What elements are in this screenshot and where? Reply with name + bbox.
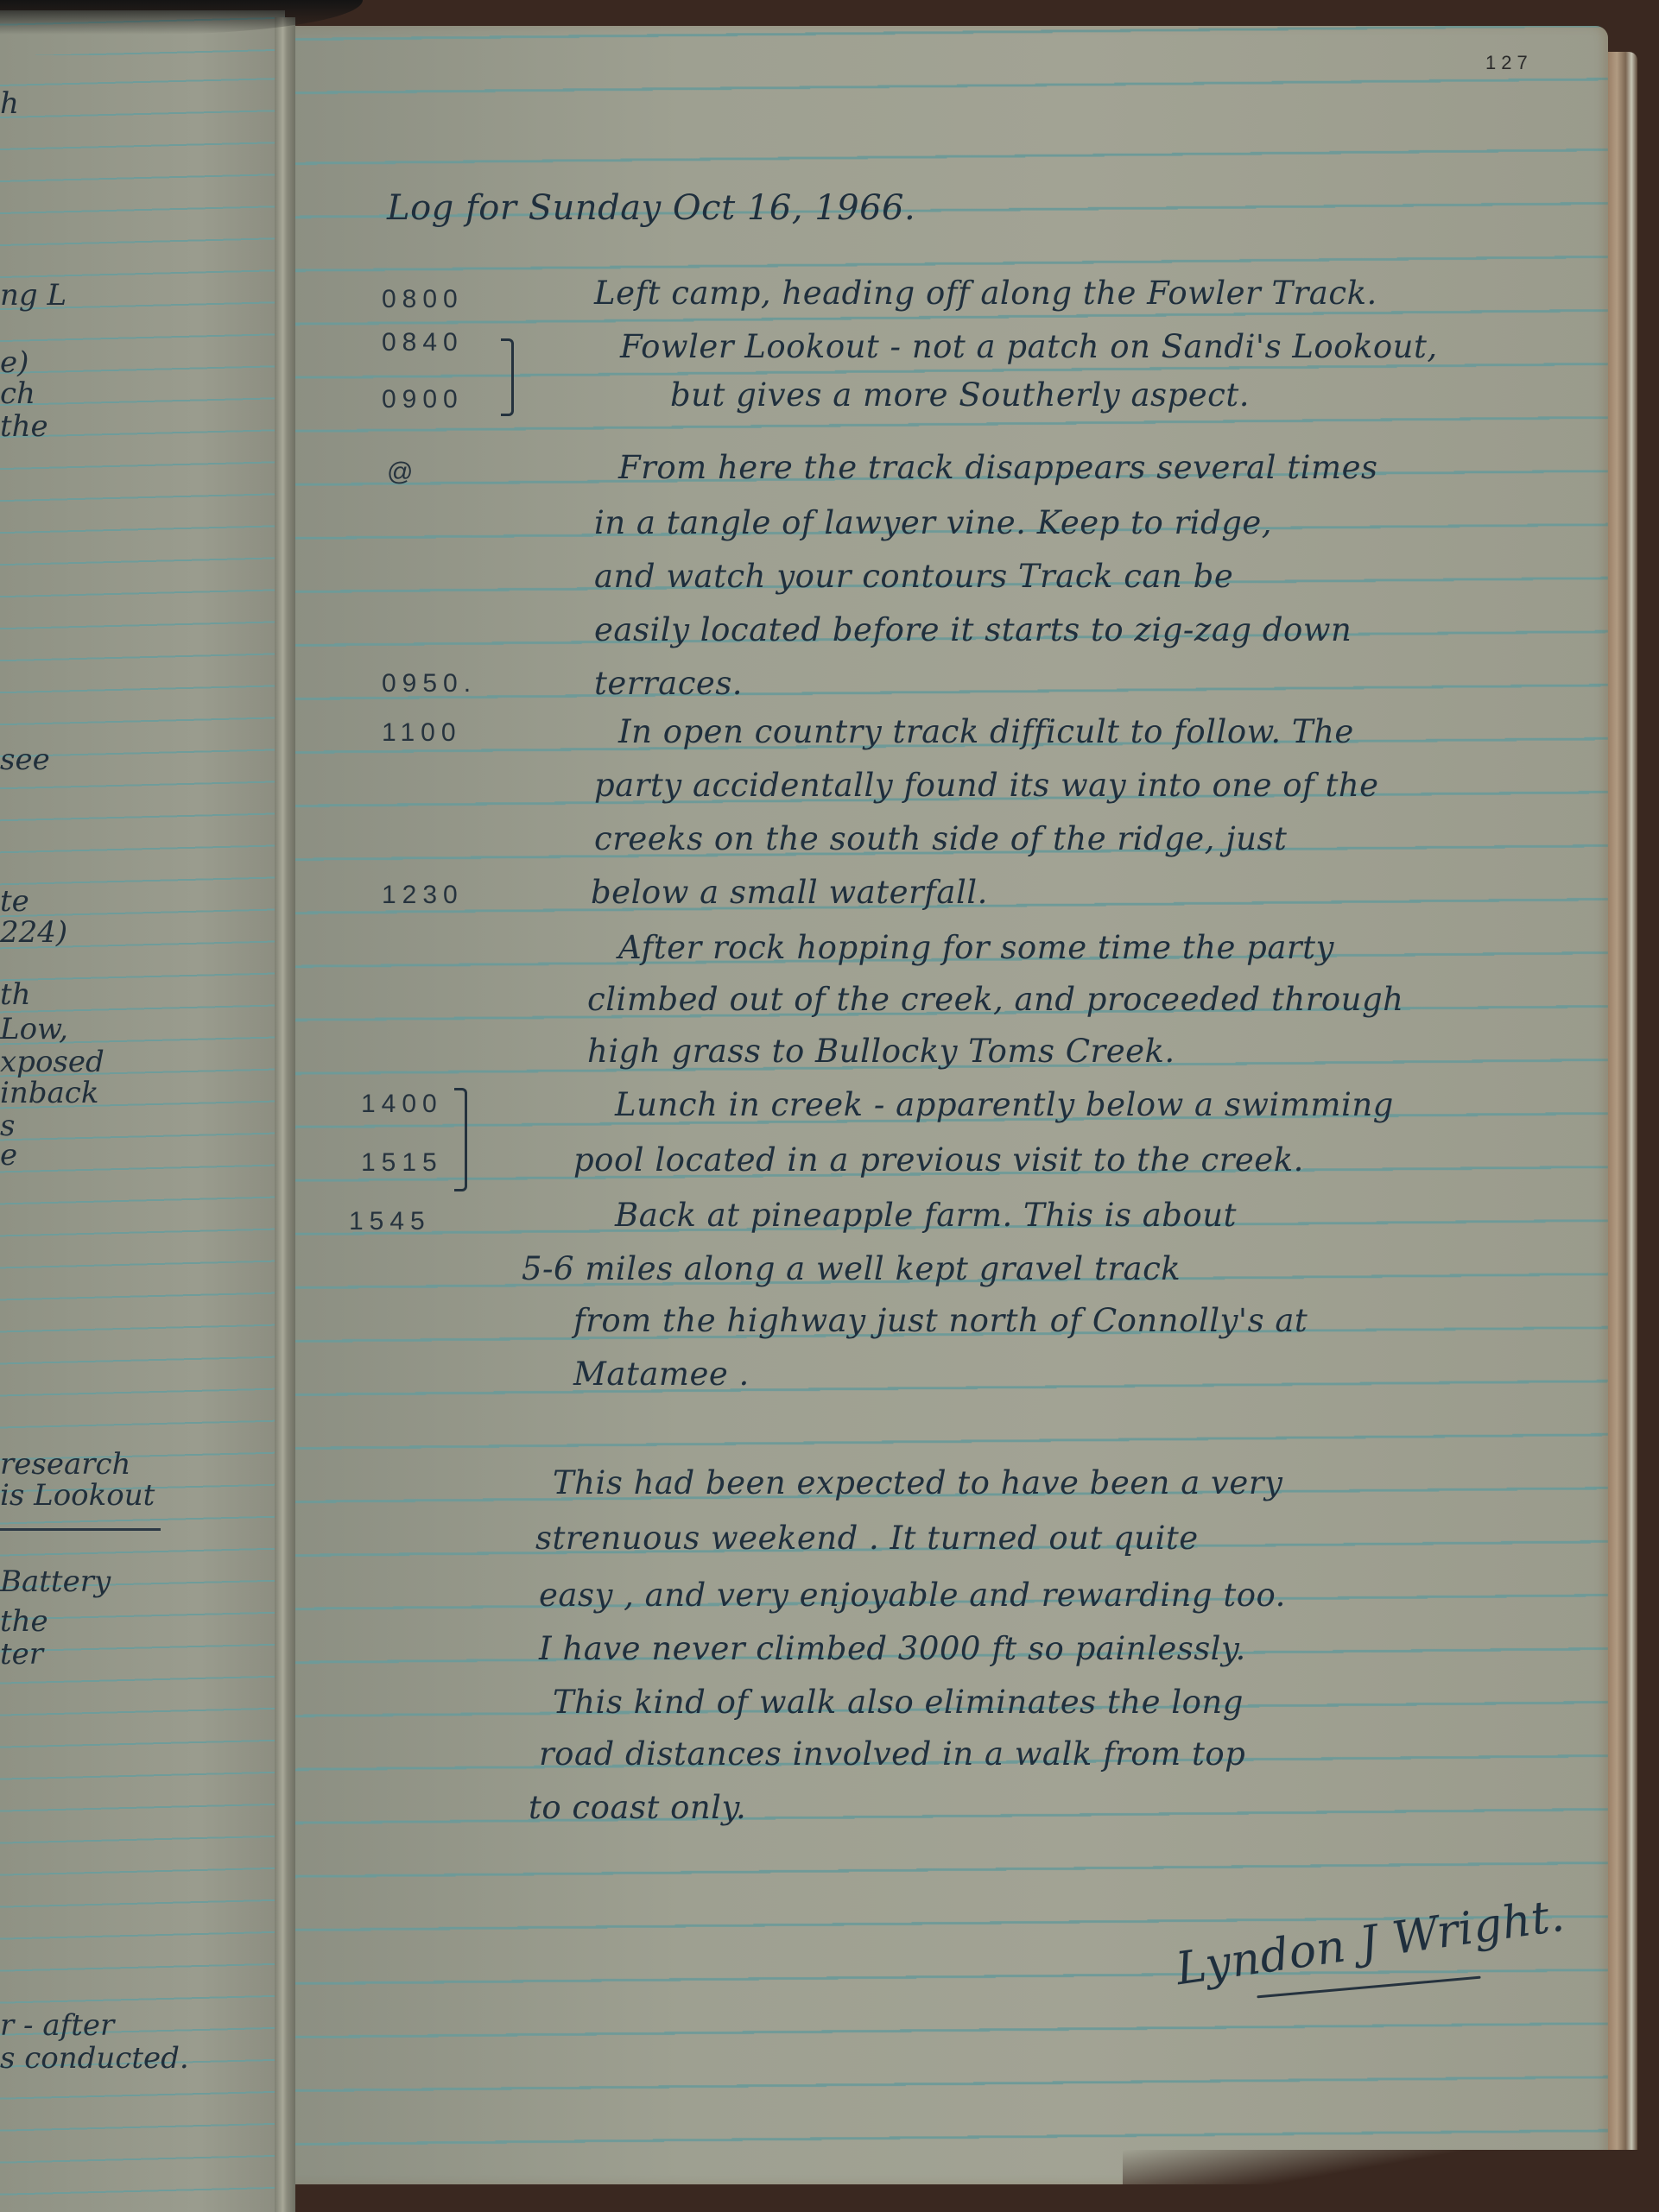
log-time: 1515	[361, 1148, 443, 1178]
left-fragment: is Lookout	[0, 1478, 155, 1513]
log-line: and watch your contours Track can be	[594, 558, 1233, 595]
left-fragment: s conducted.	[0, 2041, 189, 2076]
time-bracket	[501, 338, 514, 416]
log-line: terraces.	[594, 665, 743, 702]
log-line: below a small waterfall.	[591, 874, 988, 911]
log-line: Back at pineapple farm. This is about	[615, 1197, 1237, 1234]
left-fragment: e)	[0, 345, 28, 380]
log-line: Left camp, heading off along the Fowler …	[594, 275, 1377, 312]
left-page: h ng L e) ch the see te 224) th Low, xpo…	[0, 10, 285, 2212]
summary-line: easy , and very enjoyable and rewarding …	[539, 1577, 1286, 1614]
log-line: After rock hopping for some time the par…	[618, 929, 1334, 966]
time-bracket	[454, 1088, 467, 1191]
summary-line: This had been expected to have been a ve…	[553, 1464, 1282, 1501]
log-line: high grass to Bullocky Toms Creek.	[587, 1033, 1175, 1070]
log-line: Lunch in creek - apparently below a swim…	[615, 1086, 1394, 1123]
summary-line: road distances involved in a walk from t…	[539, 1735, 1245, 1773]
log-title: Log for Sunday Oct 16, 1966.	[387, 188, 915, 228]
log-time: @	[387, 458, 419, 487]
log-line: 5-6 miles along a well kept gravel track	[522, 1250, 1181, 1287]
log-time: 0900	[382, 385, 464, 414]
left-fragment-underline	[0, 1528, 161, 1531]
log-line: but gives a more Southerly aspect.	[670, 376, 1250, 414]
log-line: In open country track difficult to follo…	[618, 713, 1354, 750]
log-line: Matamee .	[573, 1356, 750, 1393]
log-time: 0800	[382, 285, 464, 314]
book-gutter	[275, 17, 295, 2212]
log-line: From here the track disappears several t…	[618, 449, 1377, 486]
summary-line: strenuous weekend . It turned out quite	[535, 1520, 1199, 1557]
summary-line: I have never climbed 3000 ft so painless…	[539, 1630, 1246, 1667]
summary-line: This kind of walk also eliminates the lo…	[553, 1684, 1244, 1721]
left-fragment: research	[0, 1447, 130, 1482]
left-fragment: ng L	[0, 278, 66, 313]
left-fragment: e	[0, 1138, 17, 1172]
log-time: 0950.	[382, 669, 477, 698]
left-fragment: see	[0, 743, 50, 777]
cover-corner	[1123, 2150, 1641, 2212]
left-fragment: inback	[0, 1076, 98, 1110]
log-line: easily located before it starts to zig-z…	[594, 611, 1352, 648]
log-line: climbed out of the creek, and proceeded …	[587, 981, 1404, 1018]
log-line: pool located in a previous visit to the …	[573, 1141, 1304, 1179]
log-time: 1545	[349, 1207, 431, 1236]
page-number: 127	[1485, 52, 1533, 74]
log-line: from the highway just north of Connolly'…	[573, 1302, 1308, 1339]
summary-line: to coast only.	[529, 1789, 746, 1826]
left-fragment: the	[0, 409, 48, 444]
log-time: 0840	[382, 328, 464, 357]
left-fragment: r - after	[0, 2008, 114, 2043]
left-fragment: te	[0, 884, 29, 919]
notebook-spread: h ng L e) ch the see te 224) th Low, xpo…	[0, 0, 1659, 2212]
log-line: in a tangle of lawyer vine. Keep to ridg…	[594, 504, 1272, 541]
left-fragment: Battery	[0, 1564, 111, 1599]
log-time: 1100	[382, 718, 462, 748]
left-fragment: 224)	[0, 915, 67, 950]
left-fragment: th	[0, 977, 31, 1012]
log-time: 1230	[382, 881, 464, 910]
left-fragment: ch	[0, 376, 35, 411]
left-fragment: ter	[0, 1637, 43, 1672]
left-fragment: Low,	[0, 1012, 68, 1046]
log-line: party accidentally found its way into on…	[594, 767, 1379, 804]
left-fragment: xposed	[0, 1045, 104, 1079]
left-fragment: the	[0, 1604, 48, 1639]
log-line: Fowler Lookout - not a patch on Sandi's …	[620, 328, 1438, 365]
left-fragment: h	[0, 86, 19, 121]
log-line: creeks on the south side of the ridge, j…	[594, 820, 1287, 857]
page-edges	[1608, 52, 1637, 2158]
log-time: 1400	[361, 1090, 443, 1119]
